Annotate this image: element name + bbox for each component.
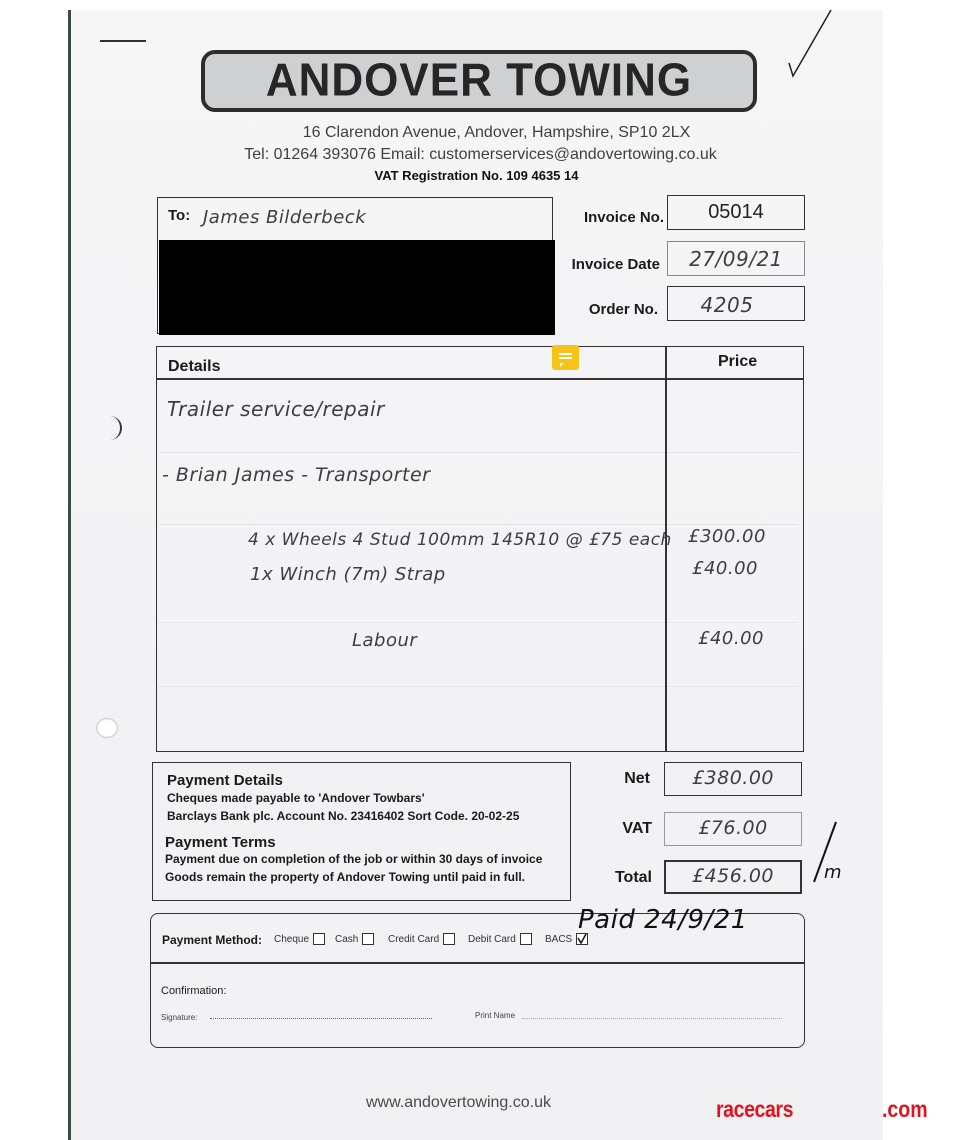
company-website: www.andovertowing.co.uk [366,1094,551,1112]
total-label: Total [592,869,652,887]
payment-terms-line: Payment due on completion of the job or … [165,852,542,866]
payment-option-cash[interactable]: Cash [335,933,374,945]
checkbox[interactable] [520,933,532,945]
payment-details-line: Cheques made payable to 'Andover Towbars… [167,791,425,805]
line-item-detail: - Brian James - Transporter [162,464,431,486]
recipient-label: To: [168,207,190,224]
option-label: Debit Card [468,934,516,945]
punch-hole [96,718,118,738]
faint-row-line [158,452,798,453]
company-contact: Tel: 01264 393076 Email: customerservice… [4,146,953,164]
order-no-label: Order No. [518,301,658,318]
net-label: Net [590,770,650,788]
details-header: Details [168,358,220,376]
price-header: Price [718,353,757,371]
print-name-line[interactable] [522,1018,782,1019]
invoice-date-value: 27/09/21 [667,247,805,271]
line-item-price: £300.00 [688,526,766,547]
checkbox[interactable] [443,933,455,945]
payment-option-cheque[interactable]: Cheque [274,933,325,945]
watermark-racecars: racecars [716,1096,793,1123]
initials-text: m [824,862,842,883]
company-name: ANDOVER TOWING [266,55,692,108]
paid-note: Paid 24/9/21 [578,905,748,935]
net-value: £380.00 [664,767,802,789]
company-address: 16 Clarendon Avenue, Andover, Hampshire,… [20,124,953,142]
faint-row-line [158,686,798,687]
faint-row-line [158,524,798,525]
line-item-detail: 1x Winch (7m) Strap [250,564,446,585]
line-item-price: £40.00 [692,558,758,579]
line-item-detail: 4 x Wheels 4 Stud 100mm 145R10 @ £75 eac… [248,530,672,550]
faint-row-line [158,622,798,623]
table-header-divider [156,378,804,380]
payment-method-label: Payment Method: [162,933,262,947]
invoice-no-label: Invoice No. [524,209,664,226]
order-no-value: 4205 [658,293,796,317]
company-logo: ANDOVER TOWING [201,50,757,112]
payment-option-debit-card[interactable]: Debit Card [468,933,532,945]
total-value: £456.00 [664,865,802,887]
vat-registration: VAT Registration No. 109 4635 14 [0,168,953,183]
payment-option-credit-card[interactable]: Credit Card [388,933,455,945]
pen-dash-mark [100,40,146,42]
signature-label: Signature: [161,1013,197,1022]
checkbox[interactable] [362,933,374,945]
invoice-date-label: Invoice Date [520,256,660,273]
payment-method-divider [150,962,805,964]
redacted-address [159,240,555,335]
comment-note-icon[interactable] [552,345,579,370]
line-item-detail: Labour [352,630,417,651]
checkbox[interactable] [313,933,325,945]
confirmation-label: Confirmation: [161,985,226,997]
option-label: BACS [545,934,572,945]
option-label: Cash [335,934,358,945]
line-item-detail: Trailer service/repair [167,397,385,421]
invoice-no-value: 05014 [667,201,805,224]
vat-label: VAT [592,820,652,838]
vat-value: £76.00 [664,817,802,839]
recipient-name: James Bilderbeck [203,207,366,228]
watermark-dotcom: .com [882,1096,928,1123]
payment-terms-heading: Payment Terms [165,834,276,851]
line-item-price: £40.00 [698,628,764,649]
print-name-label: Print Name [475,1011,515,1020]
option-label: Cheque [274,934,309,945]
payment-terms-line: Goods remain the property of Andover Tow… [165,870,525,884]
payment-details-heading: Payment Details [167,772,283,789]
checkmark-icon [787,8,837,78]
signature-line[interactable] [210,1018,432,1019]
payment-details-line: Barclays Bank plc. Account No. 23416402 … [167,809,519,823]
option-label: Credit Card [388,934,439,945]
